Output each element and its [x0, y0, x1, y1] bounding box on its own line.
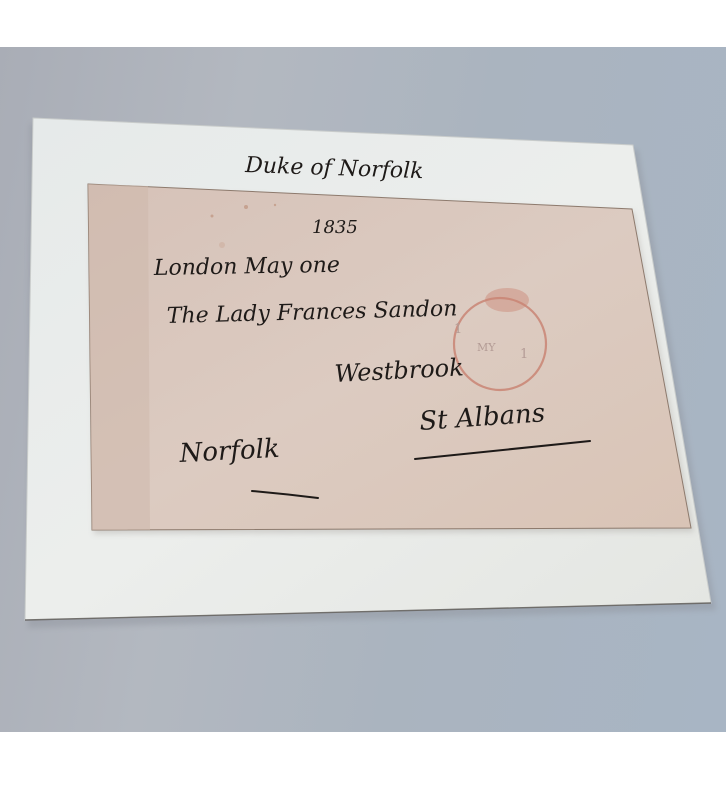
document-scene: Duke of Norfolk 1 MY 1 1835 London May o…: [0, 0, 726, 786]
envelope-signature: Norfolk: [178, 434, 281, 469]
postmark-month: MY: [477, 341, 496, 354]
envelope-date-line: London May one: [153, 253, 340, 281]
envelope-fold-strip: [88, 184, 150, 530]
postmark-day: 1: [454, 322, 462, 337]
envelope-year: 1835: [312, 217, 358, 238]
postmark-year: 1: [520, 347, 528, 362]
